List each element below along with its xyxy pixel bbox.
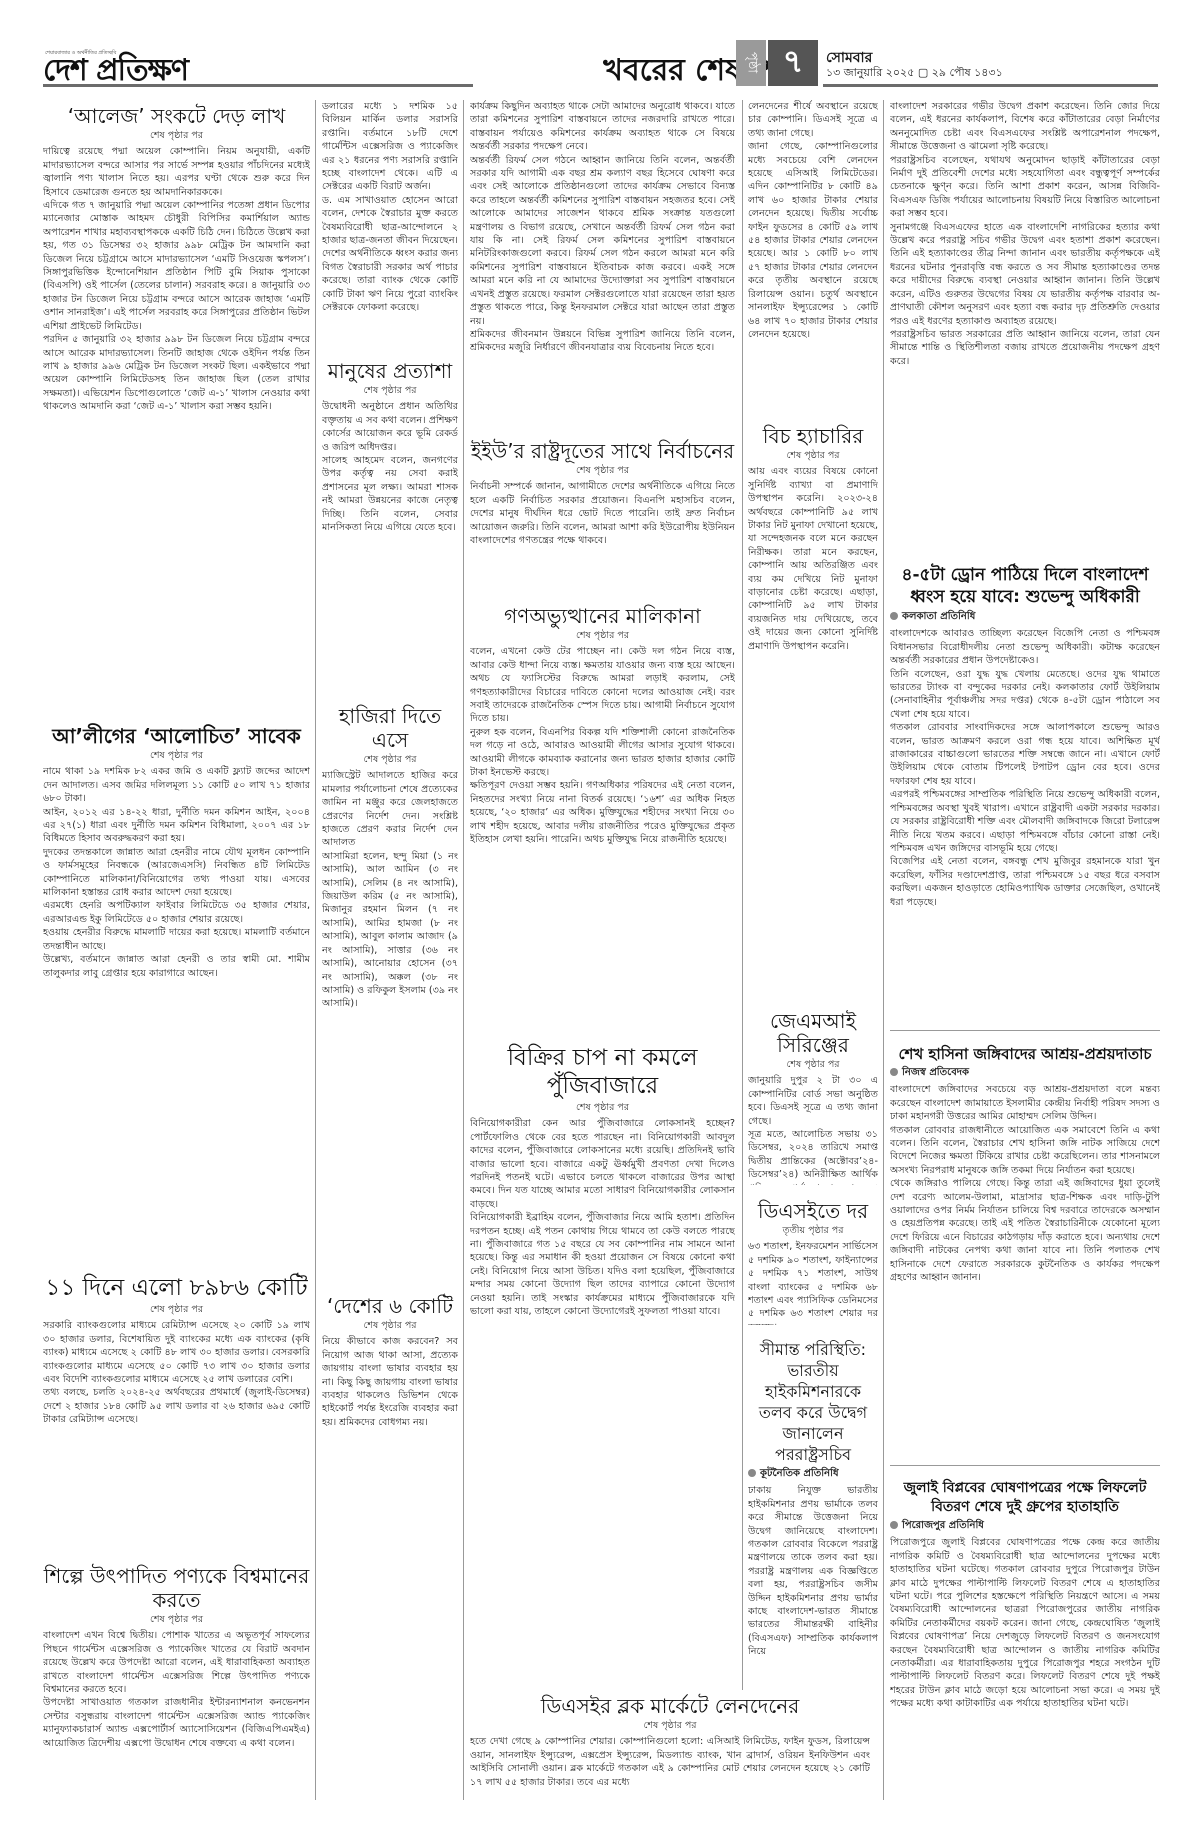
column-5-hasina: শেখ হাসিনা জঙ্গিবাদের আশ্রয়-প্রশ্রয়দাত…	[890, 1040, 1160, 1460]
article-headline[interactable]: মানুষের প্রত্যাশা	[322, 359, 458, 383]
article-paragraph: বাংলাদেশে জঙ্গিবাদের সবচেয়ে বড় আশ্রয়-…	[890, 1083, 1160, 1123]
article-paragraph: সরকারি ব্যাংকগুলোর মাধ্যমে রেমিট্যান্স এ…	[43, 1319, 310, 1386]
article-paragraph: নামে থাকা ১৯ দশমিক ৮২ একর জমি ও একটি ফ্ল…	[43, 765, 310, 805]
article-paragraph: উল্লেখ্য, বর্তমানে জান্নাত আরা হেনরী ও ত…	[43, 953, 310, 980]
continued-label: শেষ পৃষ্ঠার পর	[322, 753, 458, 766]
byline: নিজস্ব প্রতিবেদক	[890, 1066, 1160, 1079]
article-alej: ‘আলেজ’ সংকটে দেড় লাখ শেষ পৃষ্ঠার পর দায…	[43, 104, 310, 414]
masthead: শেয়ারবাজার ও অর্থনীতির প্রতিচ্ছবি দেশ প…	[43, 40, 1158, 90]
article-jmi-syringe: জেএমআই সিরিঞ্জের শেষ পৃষ্ঠার পর জানুয়ার…	[748, 1009, 878, 1185]
continued-label: শেষ পৃষ্ঠার পর	[43, 1303, 310, 1316]
article-headline[interactable]: বিচ হ্যাচারির	[748, 424, 878, 448]
column-divider	[315, 100, 316, 1800]
article-headline[interactable]: ইইউ’র রাষ্ট্রদূতের সাথে নির্বাচনের	[470, 439, 735, 463]
column-3-gono: গণঅভ্যুত্থানের মালিকানা শেষ পৃষ্ঠার পর ব…	[470, 600, 735, 1030]
article-paragraph: পররাষ্ট্রসচিব বলেছেন, যথাযথ অনুমোদন ছাড়…	[890, 154, 1160, 221]
article-garments: শিল্পে উৎপাদিত পণ্যকে বিশ্বমানের করতে শে…	[43, 1564, 310, 1750]
column-3-eu: ইইউ’র রাষ্ট্রদূতের সাথে নির্বাচনের শেষ প…	[470, 435, 735, 610]
article-headline[interactable]: হাজিরা দিতে এসে	[322, 704, 458, 752]
article-beach-hatchery: বিচ হ্যাচারির শেষ পৃষ্ঠার পর আয় এবং ব্য…	[748, 424, 878, 653]
article-paragraph: অন্তর্বর্তী রিফর্ম সেল গঠনে আহ্বান জানিয…	[470, 154, 735, 328]
section-title: খবরের শেষাংশ	[421, 54, 781, 88]
article-headline[interactable]: জেএমআই সিরিঞ্জের	[748, 1009, 878, 1057]
continued-label: শেষ পৃষ্ঠার পর	[470, 629, 735, 642]
article-paragraph: গতকাল রোববার রাজধানীতে আয়োজিত এক সমাবেশ…	[890, 1124, 1160, 1178]
article-paragraph: তিনি বলেছেন, ওরা যুদ্ধ যুদ্ধ খেলায় মেতে…	[890, 668, 1160, 722]
continued-label: শেষ পৃষ্ঠার পর	[748, 1058, 878, 1071]
article-paragraph: পরদিন ৫ জানুয়ারি ৩২ হাজার ৯৯৮ টন ডিজেল …	[43, 333, 310, 413]
column-5-border-cont: বাংলাদেশ সরকারের গভীর উদ্বেগ প্রকাশ করেছ…	[890, 100, 1160, 600]
article-headline[interactable]: বিক্রির চাপ না কমলে পুঁজিবাজারে	[470, 1044, 735, 1100]
article-paragraph: পিরোজপুরে জুলাই বিপ্লবের ঘোষণাপত্রের পক্…	[890, 1536, 1160, 1710]
article-headline[interactable]: শেখ হাসিনা জঙ্গিবাদের আশ্রয়-প্রশ্রয়দাত…	[890, 1044, 1160, 1064]
byline-text: কূটনৈতিক প্রতিনিধি	[760, 1468, 839, 1479]
bullet-icon	[890, 612, 898, 620]
column-1-remittance: ১১ দিনে এলো ৮৯৮৬ কোটি শেষ পৃষ্ঠার পর সরক…	[43, 1270, 310, 1590]
article-headline[interactable]: ‘দেশের ৬ কোটি	[322, 1294, 458, 1318]
article-border-situation: সীমান্ত পরিস্থিতি: ভারতীয় হাইকমিশনারকে …	[748, 1339, 878, 1659]
article-paragraph: আয় এবং ব্যয়ের বিষয়ে কোনো সুনির্দিষ্ট …	[748, 465, 878, 653]
article-headline[interactable]: গণঅভ্যুত্থানের মালিকানা	[470, 604, 735, 628]
article-gonoabhutthan: গণঅভ্যুত্থানের মালিকানা শেষ পৃষ্ঠার পর ব…	[470, 604, 735, 847]
article-paragraph: হওয়ায় হেনরীর বিরুদ্ধে মামলাটি দায়ের ক…	[43, 926, 310, 953]
byline-text: পিরোজপুর প্রতিনিধি	[902, 1520, 984, 1531]
header-rule	[43, 84, 473, 87]
article-paragraph: উদ্বোধনী অনুষ্ঠানে প্রধান অতিথির বক্তৃতা…	[322, 400, 458, 454]
column-divider	[463, 100, 464, 1800]
column-3-reform: কার্যক্রম কিছুদিন অব্যাহত থাকে সেটা আমাদ…	[470, 100, 735, 440]
byline-text: নিজস্ব প্রতিবেদক	[902, 1067, 969, 1078]
article-manusher-prottasha: মানুষের প্রত্যাশা শেষ পৃষ্ঠার পর উদ্বোধন…	[322, 359, 458, 534]
article-hasina-militancy: শেখ হাসিনা জঙ্গিবাদের আশ্রয়-প্রশ্রয়দাত…	[890, 1044, 1160, 1285]
article-desher-6-koti: ‘দেশের ৬ কোটি শেষ পৃষ্ঠার পর নিয়ে কীভাব…	[322, 1294, 458, 1429]
continued-label: শেষ পৃষ্ঠার পর	[322, 1319, 458, 1332]
article-paragraph: সালেহ আহমেদ বলেন, জনগণের উপর কর্তৃত্ব নয…	[322, 454, 458, 534]
article-paragraph: নিয়ে কীভাবে কাজ করবেন? সব নিয়োগ আজ থাক…	[322, 1335, 458, 1429]
column-4-jmi: জেএমআই সিরিঞ্জের শেষ পৃষ্ঠার পর জানুয়ার…	[748, 1005, 878, 1185]
byline-text: কলকাতা প্রতিনিধি	[902, 611, 975, 622]
column-4-top: লেনদেনের শীর্ষে অবস্থানে রয়েছে চার কোম্…	[748, 100, 878, 420]
bullet-icon	[890, 1068, 898, 1076]
article-divider	[890, 1030, 1160, 1031]
article-paragraph: জানুয়ারি দুপুর ২ টা ৩০ এ কোম্পানিটির বো…	[748, 1074, 878, 1128]
byline: কূটনৈতিক প্রতিনিধি	[748, 1467, 878, 1480]
article-paragraph: নির্বাচনী সম্পর্কে জানান, আগামীতে দেশের …	[470, 480, 735, 547]
continued-label: শেষ পৃষ্ঠার পর	[470, 464, 735, 477]
article-awami-league: আ’লীগের ‘আলোচিত’ সাবেক শেষ পৃষ্ঠার পর না…	[43, 724, 310, 980]
article-paragraph: এরপরই পশ্চিমবঙ্গের সাম্প্রতিক পরিস্থিতি …	[890, 788, 1160, 855]
article-paragraph: কার্যক্রম কিছুদিন অব্যাহত থাকে সেটা আমাদ…	[470, 100, 735, 154]
article-paragraph: ক্ষতিপূরণ দেওয়া সম্ভব হয়নি। গণঅধিকার প…	[470, 779, 735, 846]
header-rule	[823, 84, 1158, 87]
article-paragraph: বিজেপির এই নেতা বলেন, বঙ্গবন্ধু শেখ মুজি…	[890, 855, 1160, 909]
article-eu-ambassador: ইইউ’র রাষ্ট্রদূতের সাথে নির্বাচনের শেষ প…	[470, 439, 735, 547]
newspaper-logo[interactable]: দেশ প্রতিক্ষণ	[43, 54, 188, 88]
column-divider	[742, 100, 743, 1690]
article-share-market-pressure: বিক্রির চাপ না কমলে পুঁজিবাজারে শেষ পৃষ্…	[470, 1044, 735, 1319]
continued-label: শেষ পৃষ্ঠার পর	[43, 749, 310, 762]
column-5-drone: ৪-৫টা ড্রোন পাঠিয়ে দিলে বাংলাদেশ ধ্বংস …	[890, 560, 1160, 1020]
article-headline[interactable]: ‘আলেজ’ সংকটে দেড় লাখ	[43, 104, 310, 128]
article-divider	[890, 1465, 1160, 1466]
continued-label: শেষ পৃষ্ঠার পর	[748, 449, 878, 462]
column-4-border: সীমান্ত পরিস্থিতি: ভারতীয় হাইকমিশনারকে …	[748, 1335, 878, 1800]
article-headline[interactable]: শিল্পে উৎপাদিত পণ্যকে বিশ্বমানের করতে	[43, 1564, 310, 1612]
article-paragraph: ম্যাজিস্ট্রেট আদালতে হাজির করে মামলার পর…	[322, 769, 458, 849]
article-paragraph: বাংলাদেশ সরকারের গভীর উদ্বেগ প্রকাশ করেছ…	[890, 100, 1160, 154]
article-paragraph: আসামিরা হলেন, ছন্দু মিয়া (১ নং আসামি), …	[322, 850, 458, 1011]
article-paragraph: গতকাল রোববার সাংবাদিকদের সঙ্গে আলাপকালে …	[890, 721, 1160, 788]
column-5-july: জুলাই বিপ্লবের ঘোষণাপত্রের পক্ষে লিফলেট …	[890, 1475, 1160, 1800]
article-paragraph: এরমধ্যে হেনরি অপটিক্যাল ফাইবার লিমিটেডে …	[43, 899, 310, 926]
article-paragraph: তথ্য বলছে, চলতি ২০২৪-২৫ অর্থবছরের প্রথমা…	[43, 1386, 310, 1426]
continued-label: শেষ পৃষ্ঠার পর	[322, 384, 458, 397]
bullet-icon	[890, 1521, 898, 1529]
column-1-lower: আ’লীগের ‘আলোচিত’ সাবেক শেষ পৃষ্ঠার পর না…	[43, 720, 310, 1240]
bullet-icon	[748, 1469, 756, 1477]
continued-label: শেষ পৃষ্ঠার পর	[43, 129, 310, 142]
continued-label: শেষ পৃষ্ঠার পর	[470, 1101, 735, 1114]
article-paragraph: সূত্র মতে, আলোচিত সভায় ৩১ ডিসেম্বর, ২০২…	[748, 1128, 878, 1185]
article-headline[interactable]: সীমান্ত পরিস্থিতি: ভারতীয় হাইকমিশনারকে …	[748, 1339, 878, 1465]
article-july-declaration: জুলাই বিপ্লবের ঘোষণাপত্রের পক্ষে লিফলেট …	[890, 1479, 1160, 1711]
article-paragraph: বিনিয়োগকারী ইব্রাহিম বলেন, পুঁজিবাজার ন…	[470, 1211, 735, 1318]
article-paragraph: ঢাকায় নিযুক্ত ভারতীয় হাইকমিশনার প্রণয়…	[748, 1484, 878, 1658]
article-paragraph: দুদকের তদন্তকালে জান্নাত আরা হেনরীর নামে…	[43, 846, 310, 900]
article-drone-suvendu: ৪-৫টা ড্রোন পাঠিয়ে দিলে বাংলাদেশ ধ্বংস …	[890, 564, 1160, 909]
article-hajira: হাজিরা দিতে এসে শেষ পৃষ্ঠার পর ম্যাজিস্ট…	[322, 704, 458, 1011]
issue-date: ১৩ জানুয়ারি ২০২৫ ▢ ২৯ পৌষ ১৪৩১	[826, 64, 1003, 83]
article-paragraph: বাংলাদেশ এখন বিশ্বে দ্বিতীয়। পোশাক খাতে…	[43, 1629, 310, 1696]
article-paragraph: উপদেষ্টা সাখাওয়াত গতকাল রাজধানীর ইন্টার…	[43, 1696, 310, 1750]
article-headline[interactable]: জুলাই বিপ্লবের ঘোষণাপত্রের পক্ষে লিফলেট …	[890, 1479, 1160, 1517]
article-paragraph: ড. এম সাখাওয়াত হোসেন আরো বলেন, দেশকে স্…	[322, 194, 458, 315]
column-2-hajira: হাজিরা দিতে এসে শেষ পৃষ্ঠার পর ম্যাজিস্ট…	[322, 700, 458, 1260]
continued-label: তৃতীয় পৃষ্ঠার পর	[748, 1224, 878, 1237]
article-headline[interactable]: ১১ দিনে এলো ৮৯৮৬ কোটি	[43, 1274, 310, 1302]
article-remittance: ১১ দিনে এলো ৮৯৮৬ কোটি শেষ পৃষ্ঠার পর সরক…	[43, 1274, 310, 1427]
column-2-desher: ‘দেশের ৬ কোটি শেষ পৃষ্ঠার পর নিয়ে কীভাব…	[322, 1290, 458, 1800]
article-paragraph: বিনিয়োগকারীরা কেন আর পুঁজিবাজারে লোকসান…	[470, 1117, 735, 1211]
byline: কলকাতা প্রতিনিধি	[890, 610, 1160, 623]
column-3-sharemarket: বিক্রির চাপ না কমলে পুঁজিবাজারে শেষ পৃষ্…	[470, 1040, 735, 1690]
article-paragraph: দায়িত্বে রয়েছে পদ্মা অয়েল কোম্পানি। ন…	[43, 145, 310, 199]
article-paragraph: বাংলাদেশকে আবারও তাচ্ছিল্য করেছেন বিজেপি…	[890, 627, 1160, 667]
article-paragraph: লেনদেনের শীর্ষে অবস্থানে রয়েছে চার কোম্…	[748, 100, 878, 140]
column-2-manusher: মানুষের প্রত্যাশা শেষ পৃষ্ঠার পর উদ্বোধন…	[322, 355, 458, 685]
page-label: পৃষ্ঠা	[736, 40, 766, 86]
article-headline[interactable]: ৪-৫টা ড্রোন পাঠিয়ে দিলে বাংলাদেশ ধ্বংস …	[890, 564, 1160, 608]
article-paragraph: বলেন, এখনো কেউ টের পাচ্ছেন না। কেউ দল গঠ…	[470, 645, 735, 725]
column-4-dse-dor: ডিএসইতে দর তৃতীয় পৃষ্ঠার পর ৬৩ শতাংশ, ই…	[748, 1195, 878, 1325]
continued-label: শেষ পৃষ্ঠার পর	[43, 1613, 310, 1626]
article-paragraph: ডলারের মধ্যে ১ দশমিক ১৫ বিলিয়ন মার্কিন …	[322, 100, 458, 194]
column-1-garments: শিল্পে উৎপাদিত পণ্যকে বিশ্বমানের করতে শে…	[43, 1560, 310, 1800]
article-paragraph: থেকে জঙ্গিরাও পালিয়ে গেছে। কিন্তু তারা …	[890, 1177, 1160, 1284]
article-headline[interactable]: ডিএসইতে দর	[748, 1199, 878, 1223]
article-dse-dor: ডিএসইতে দর তৃতীয় পৃষ্ঠার পর ৬৩ শতাংশ, ই…	[748, 1199, 878, 1325]
byline: পিরোজপুর প্রতিনিধি	[890, 1519, 1160, 1532]
article-paragraph: সুনামগঞ্জে বিএসএফের হাতে এক বাংলাদেশি না…	[890, 221, 1160, 328]
article-paragraph: শ্রমিকদের জীবনমান উন্নয়নে বিভিন্ন সুপার…	[470, 328, 735, 355]
column-divider	[883, 100, 884, 1800]
column-4-bhi: বিচ হ্যাচারির শেষ পৃষ্ঠার পর আয় এবং ব্য…	[748, 420, 878, 860]
article-headline[interactable]: আ’লীগের ‘আলোচিত’ সাবেক	[43, 724, 310, 748]
article-paragraph: নুরুল হক বলেন, বিএনপির বিকল্প যদি শক্তিশ…	[470, 726, 735, 780]
article-paragraph: জানা গেছে, কোম্পানিগুলোর মধ্যে সবচেয়ে ব…	[748, 140, 878, 341]
article-paragraph: আইন, ২০১২ এর ১৪-২২ ধারা, দুর্নীতি দমন কম…	[43, 806, 310, 846]
article-paragraph: ৬৩ শতাংশ, ইনফরমেশন সার্ভিসেস ৫ দশমিক ৯০ …	[748, 1240, 878, 1325]
article-paragraph: পররাষ্ট্রসচিব ভারত সরকারের প্রতি আহ্বান …	[890, 328, 1160, 368]
page-number: ৭	[768, 40, 818, 86]
article-paragraph: এদিকে গত ৭ জানুয়ারি পদ্মা অয়েল কোম্পান…	[43, 199, 310, 333]
